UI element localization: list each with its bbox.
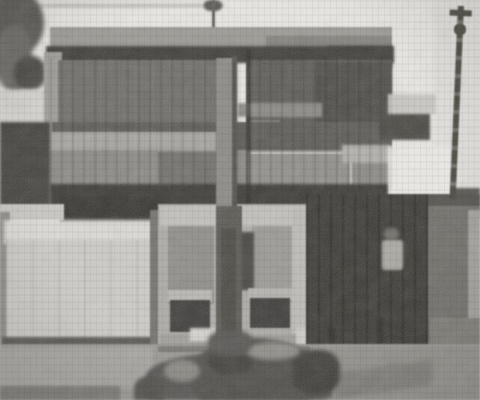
road-left-lit xyxy=(0,348,152,388)
gate-plaque xyxy=(382,240,403,270)
left-gate-panel xyxy=(6,240,156,342)
tree-trunk-upper xyxy=(216,58,233,214)
road-bottom-shade xyxy=(0,386,120,400)
pole-crossarm xyxy=(450,10,472,17)
garage-vent-right xyxy=(250,298,290,328)
pole-transformer xyxy=(454,24,466,36)
mound-light-patch xyxy=(246,342,300,360)
gate-post-shadow xyxy=(377,318,383,344)
mound-dark-patch xyxy=(292,350,340,394)
tree-trunk-shadow-edge xyxy=(232,56,237,214)
side-beam-highlight xyxy=(388,94,436,114)
left-doorway-shadow xyxy=(0,122,50,208)
plaque-shadow xyxy=(384,228,399,240)
tree-base xyxy=(208,330,252,356)
scanned-photograph xyxy=(0,0,480,400)
foliage-blob xyxy=(14,56,46,90)
photo-scene xyxy=(0,0,480,400)
mound-light-patch xyxy=(164,360,200,382)
mound-left-toe xyxy=(134,376,164,400)
right-gate xyxy=(306,194,434,346)
